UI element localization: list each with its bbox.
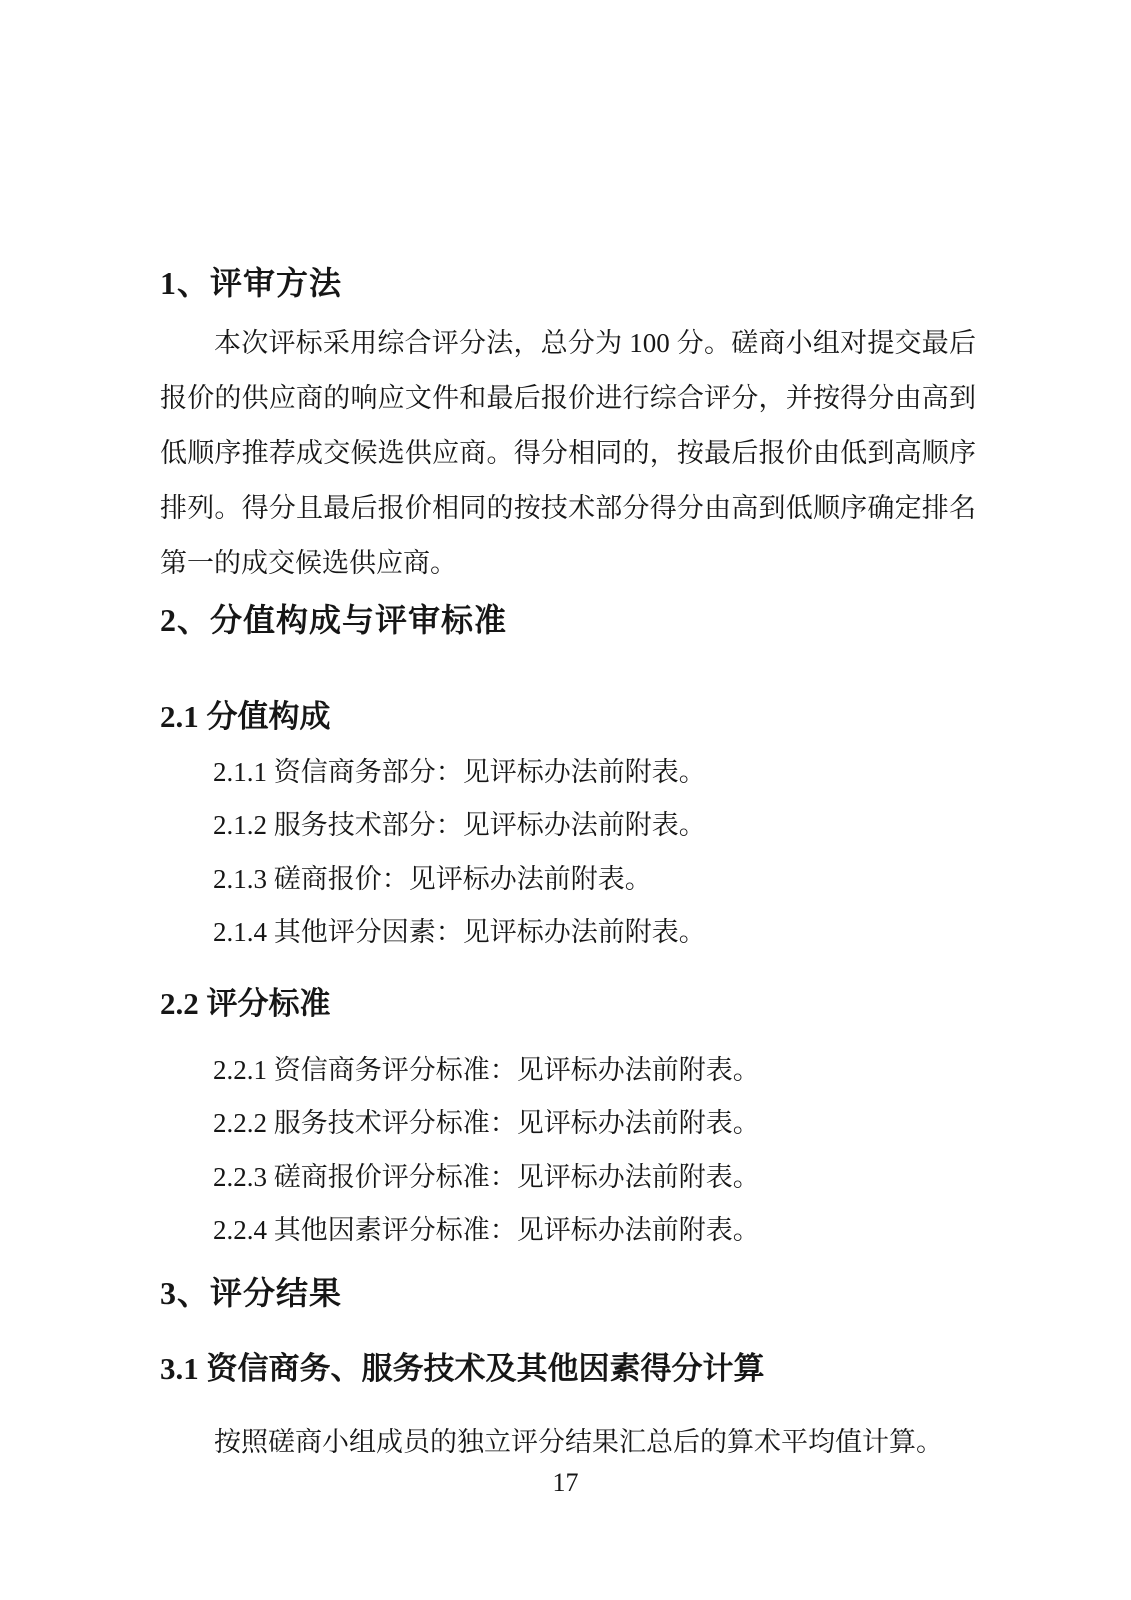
- list-item-2-2-3: 2.2.3 磋商报价评分标准：见评标办法前附表。: [213, 1155, 760, 1194]
- list-item-2-2-4: 2.2.4 其他因素评分标准：见评标办法前附表。: [213, 1208, 760, 1247]
- list-item-2-1-2: 2.1.2 服务技术部分：见评标办法前附表。: [213, 803, 706, 842]
- section-3-1-paragraph: 按照磋商小组成员的独立评分结果汇总后的算术平均值计算。: [160, 1420, 976, 1459]
- section-1-heading: 1、评审方法: [160, 258, 342, 304]
- list-item-2-1-1: 2.1.1 资信商务部分：见评标办法前附表。: [213, 750, 706, 789]
- document-page: 1、评审方法 本次评标采用综合评分法，总分为 100 分。磋商小组对提交最后报价…: [0, 0, 1131, 1600]
- page-number: 17: [0, 1468, 1131, 1498]
- section-2-heading: 2、分值构成与评审标准: [160, 595, 507, 641]
- list-item-2-2-1: 2.2.1 资信商务评分标准：见评标办法前附表。: [213, 1048, 760, 1087]
- section-3-heading: 3、评分结果: [160, 1268, 342, 1314]
- section-3-1-heading: 3.1 资信商务、服务技术及其他因素得分计算: [160, 1343, 765, 1388]
- section-2-1-heading: 2.1 分值构成: [160, 691, 331, 736]
- section-2-2-heading: 2.2 评分标准: [160, 978, 331, 1023]
- list-item-2-1-3: 2.1.3 磋商报价：见评标办法前附表。: [213, 857, 652, 896]
- list-item-2-2-2: 2.2.2 服务技术评分标准：见评标办法前附表。: [213, 1101, 760, 1140]
- list-item-2-1-4: 2.1.4 其他评分因素：见评标办法前附表。: [213, 910, 706, 949]
- section-1-paragraph: 本次评标采用综合评分法，总分为 100 分。磋商小组对提交最后报价的供应商的响应…: [160, 316, 976, 591]
